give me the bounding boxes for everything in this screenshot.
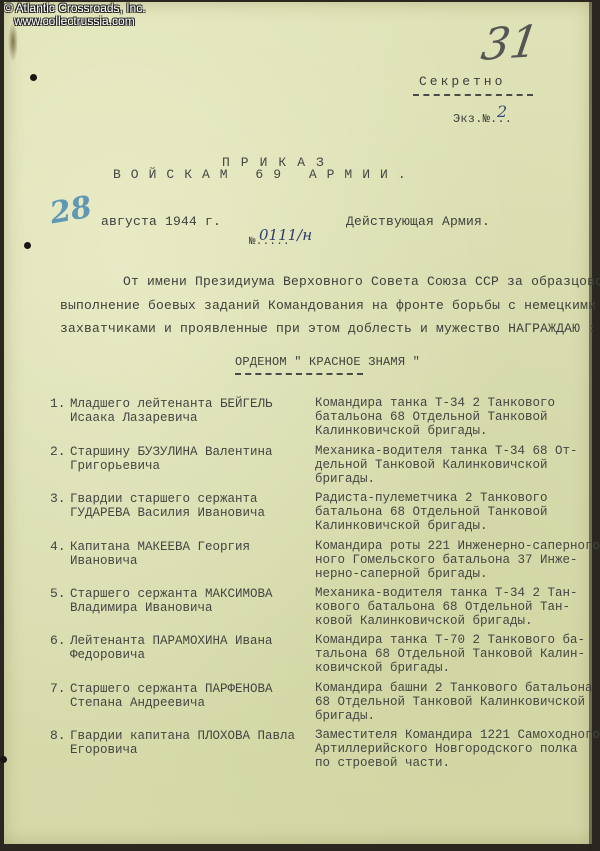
recipient-number: 8.: [50, 728, 66, 743]
recipient-position: Заместителя Командира 1221 Самоходного А…: [315, 728, 600, 770]
recipient-position: Механика-водителя танка Т-34 2 Тан- ково…: [315, 586, 578, 628]
recipient-position: Механика-водителя танка Т-34 68 От- дель…: [315, 444, 578, 486]
recipient-position: Командира танка Т-34 2 Танкового батальо…: [315, 396, 555, 438]
recipient-number: 6.: [50, 633, 66, 648]
recipient-name: Капитана МАКЕЕВА Георгия Ивановича: [70, 540, 250, 568]
preamble-line: От имени Президиума Верховного Совета Со…: [123, 274, 600, 289]
recipient-position: Командира роты 221 Инженерно-саперного н…: [315, 539, 600, 581]
copy-number: 2: [497, 102, 507, 121]
recipient-number: 3.: [50, 491, 66, 506]
stain: [8, 22, 18, 62]
recipient-position: Командира башни 2 Танкового батальона 68…: [315, 681, 593, 723]
preamble-line: выполнение боевых заданий Командования н…: [60, 298, 596, 313]
date-day-handwritten: 28: [47, 190, 94, 232]
recipient-name: Старшего сержанта ПАРФЕНОВА Степана Андр…: [70, 682, 273, 710]
recipient-name: Младшего лейтенанта БЕЙГЕЛЬ Исаака Лазар…: [70, 397, 273, 425]
punch-hole-icon: [0, 756, 7, 763]
preamble-line: захватчиками и проявленные при этом добл…: [60, 321, 596, 336]
recipient-name: Старшину БУЗУЛИНА Валентина Григорьевича: [70, 445, 273, 473]
recipient-name: Гвардии старшего сержанта ГУДАРЕВА Васил…: [70, 492, 265, 520]
date-month-year: августа 1944 г.: [101, 214, 221, 229]
classification-label: Секретно: [419, 74, 505, 89]
punch-hole-icon: [24, 242, 31, 249]
classification-underline: [413, 94, 533, 96]
watermark-line1: © Atlantic Crossroads, Inc.: [4, 1, 146, 15]
recipient-position: Радиста-пулеметчика 2 Танкового батальон…: [315, 491, 548, 533]
order-number: 0111/н: [259, 226, 312, 244]
recipient-name: Старшего сержанта МАКСИМОВА Владимира Ив…: [70, 587, 273, 615]
punch-hole-icon: [30, 74, 37, 81]
recipient-name: Гвардии капитана ПЛОХОВА Павла Егоровича: [70, 729, 295, 757]
page-edge: [589, 0, 592, 851]
award-underline: [235, 373, 363, 375]
recipient-number: 1.: [50, 396, 66, 411]
order-subtitle: ВОЙСКАМ 69 АРМИИ.: [113, 167, 416, 182]
recipient-number: 5.: [50, 586, 66, 601]
recipient-position: Командира танка Т-70 2 Танкового ба- тал…: [315, 633, 585, 675]
recipient-number: 7.: [50, 681, 66, 696]
location-label: Действующая Армия.: [346, 214, 490, 229]
copyright-watermark: © Atlantic Crossroads, Inc. www.collectr…: [4, 2, 146, 28]
recipient-number: 2.: [50, 444, 66, 459]
recipient-number: 4.: [50, 539, 66, 554]
recipient-name: Лейтенанта ПАРАМОХИНА Ивана Федоровича: [70, 634, 273, 662]
watermark-line2: www.collectrussia.com: [4, 15, 146, 28]
page-number: 31: [478, 16, 542, 71]
award-title: ОРДЕНОМ " КРАСНОЕ ЗНАМЯ ": [235, 355, 420, 369]
